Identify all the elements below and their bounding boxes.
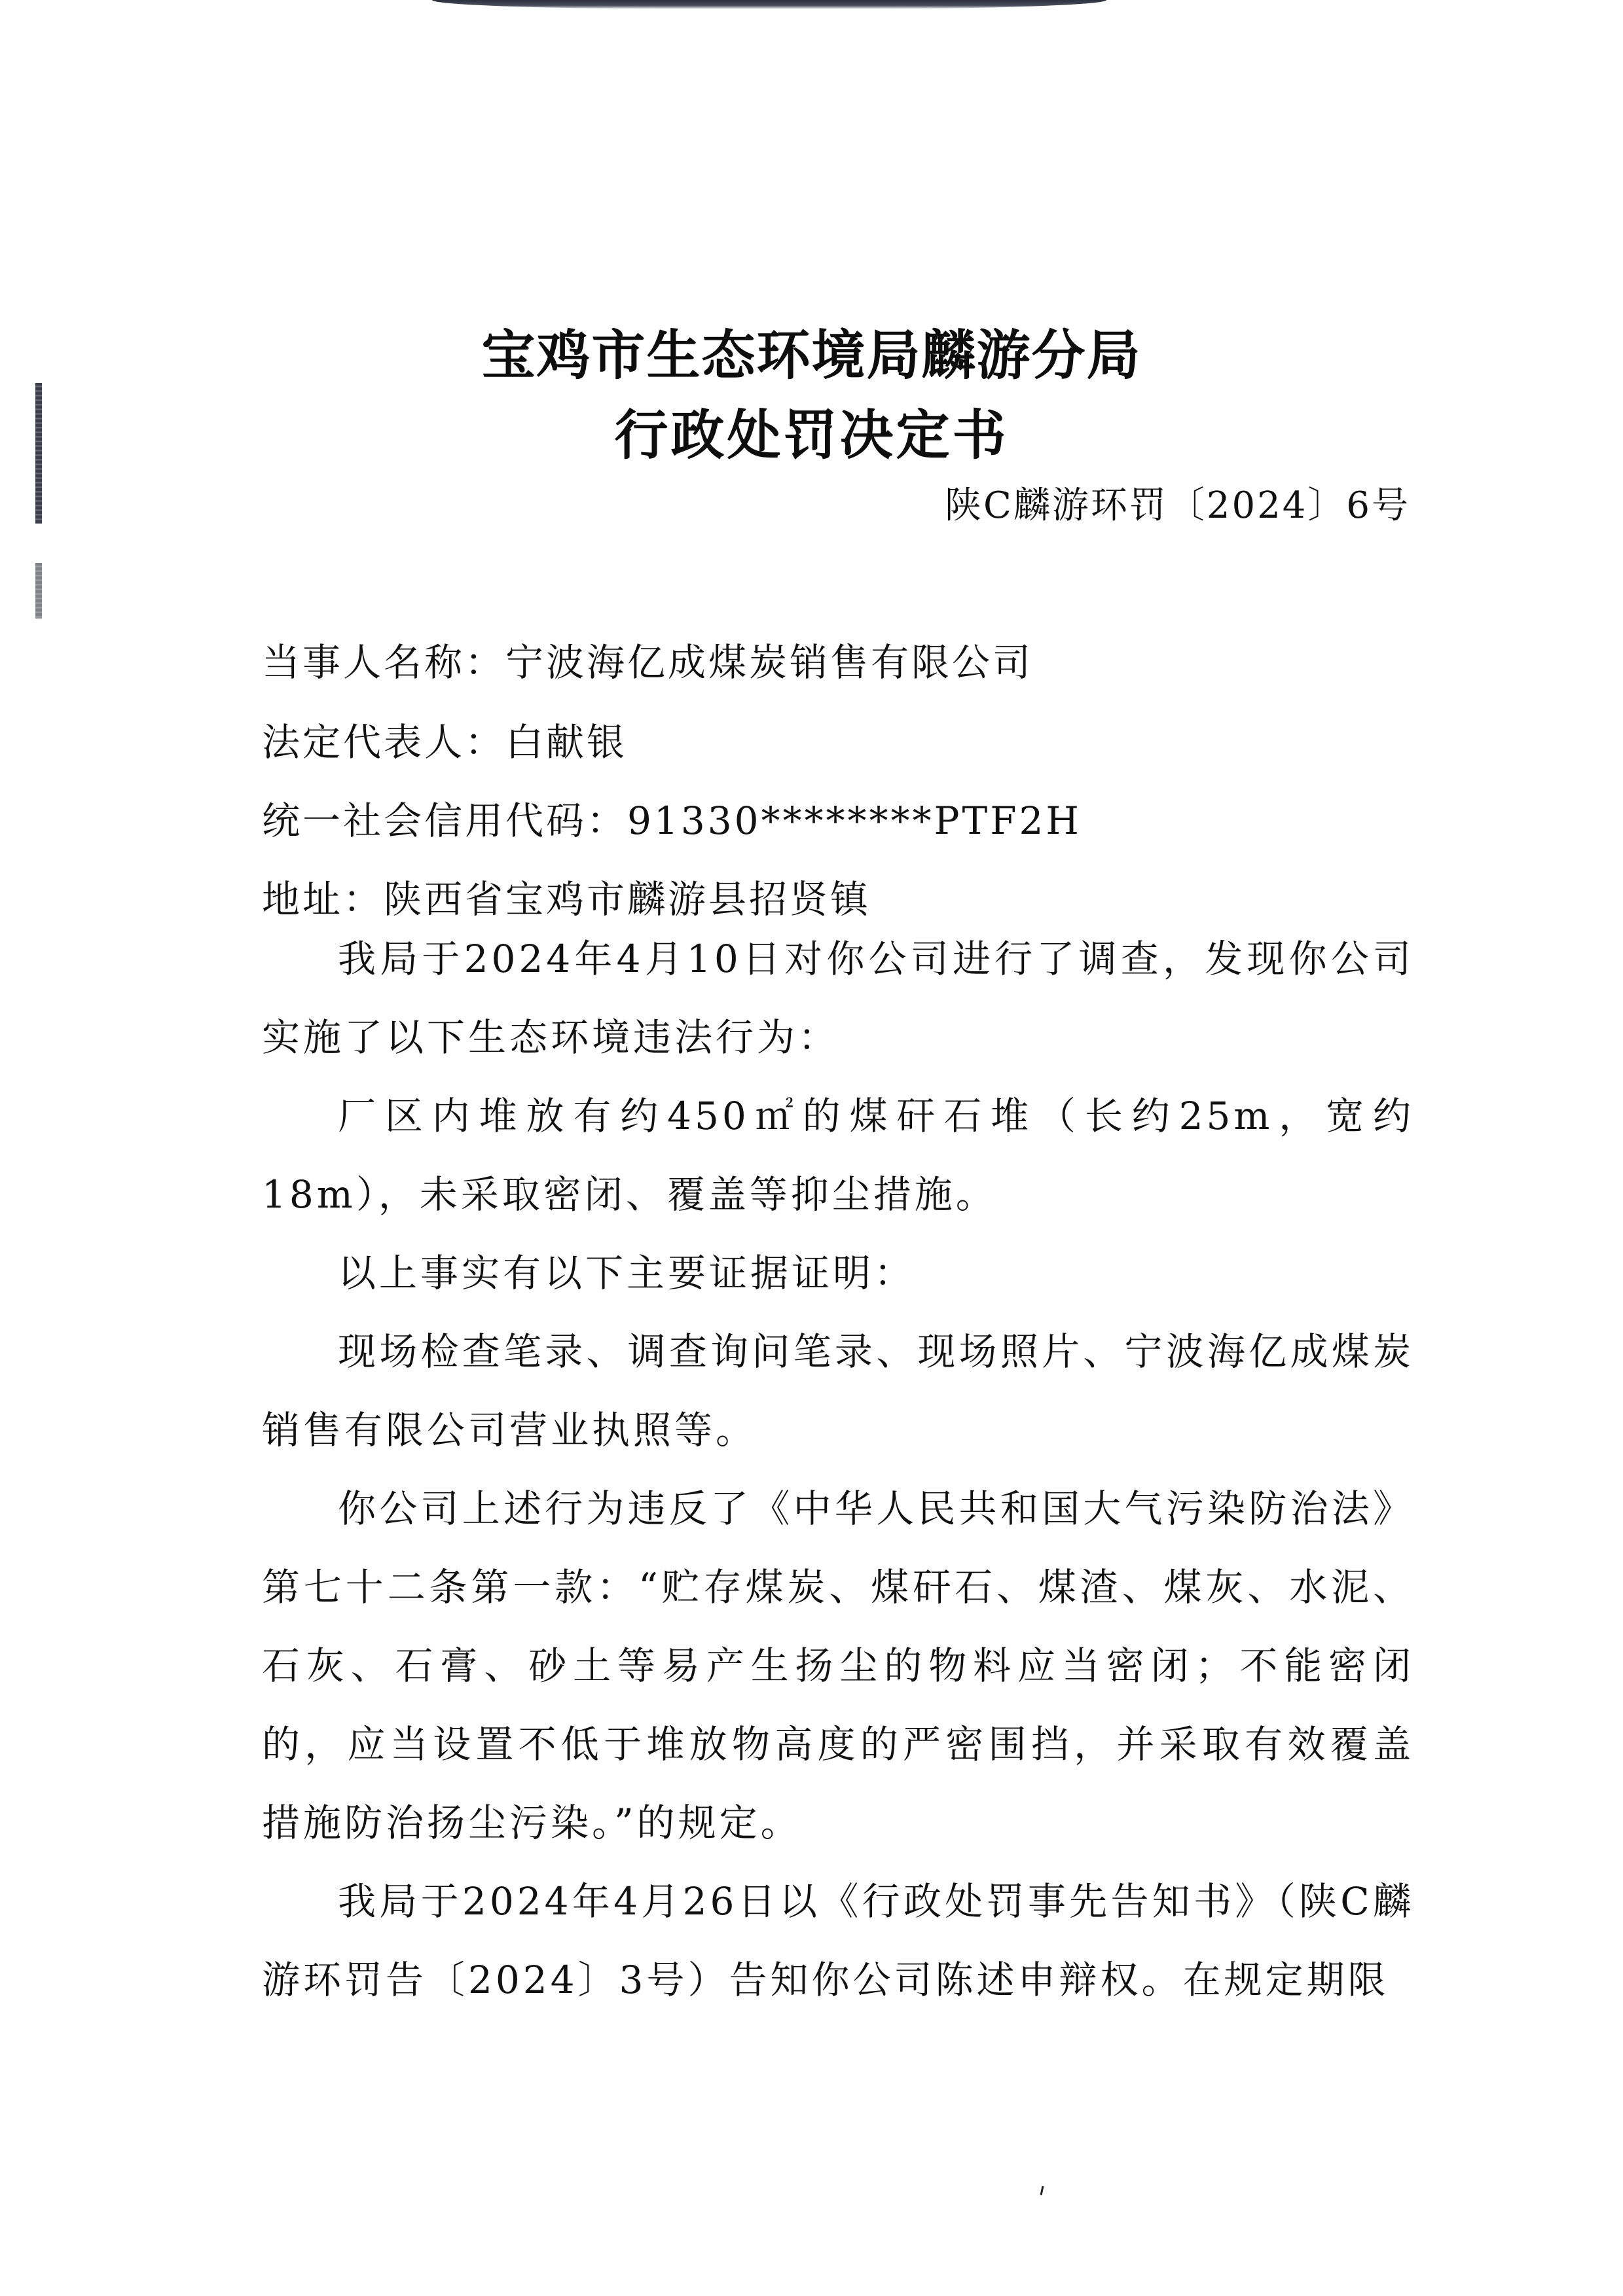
legal-representative-row: 法定代表人：白献银 [262,711,627,766]
legal-representative-value: 白献银 [505,720,627,764]
document-number: 陕C麟游环罚〔2024〕6号 [945,476,1410,529]
party-name-label: 当事人名称： [262,640,505,685]
credit-code-label: 统一社会信用代码： [262,798,627,843]
address-value: 陕西省宝鸡市麟游县招贤镇 [384,877,871,922]
issuer-title: 宝鸡市生态环境局麟游分局 [0,313,1623,389]
address-label: 地址： [262,877,384,922]
credit-code-row: 统一社会信用代码：91330********PTF2H [262,790,1082,845]
paragraph-violation-fact: 厂区内堆放有约450㎡的煤矸石堆（长约25m，宽约18m），未采取密闭、覆盖等抑… [262,1077,1414,1234]
paragraph-legal-basis: 你公司上述行为违反了《中华人民共和国大气污染防治法》第七十二条第一款：“贮存煤炭… [262,1469,1414,1862]
scan-speck [1040,2186,1044,2195]
party-name-row: 当事人名称：宁波海亿成煤炭销售有限公司 [262,632,1033,687]
document-type-title: 行政处罚决定书 [0,393,1623,469]
credit-code-value: 91330********PTF2H [627,798,1082,843]
address-row: 地址：陕西省宝鸡市麟游县招贤镇 [262,869,871,924]
paragraph-evidence-intro: 以上事实有以下主要证据证明： [262,1234,1414,1312]
legal-representative-label: 法定代表人： [262,720,505,764]
party-name-value: 宁波海亿成煤炭销售有限公司 [505,640,1033,685]
scan-edge-artifact [35,563,42,619]
paragraph-investigation: 我局于2024年4月10日对你公司进行了调查，发现你公司实施了以下生态环境违法行… [262,920,1414,1077]
scan-binding-shadow [432,0,1106,9]
paragraph-evidence-list: 现场检查笔录、调查询问笔录、现场照片、宁波海亿成煤炭销售有限公司营业执照等。 [262,1312,1414,1469]
paragraph-prior-notice: 我局于2024年4月26日以《行政处罚事先告知书》（陕C麟游环罚告〔2024〕3… [262,1862,1414,2019]
